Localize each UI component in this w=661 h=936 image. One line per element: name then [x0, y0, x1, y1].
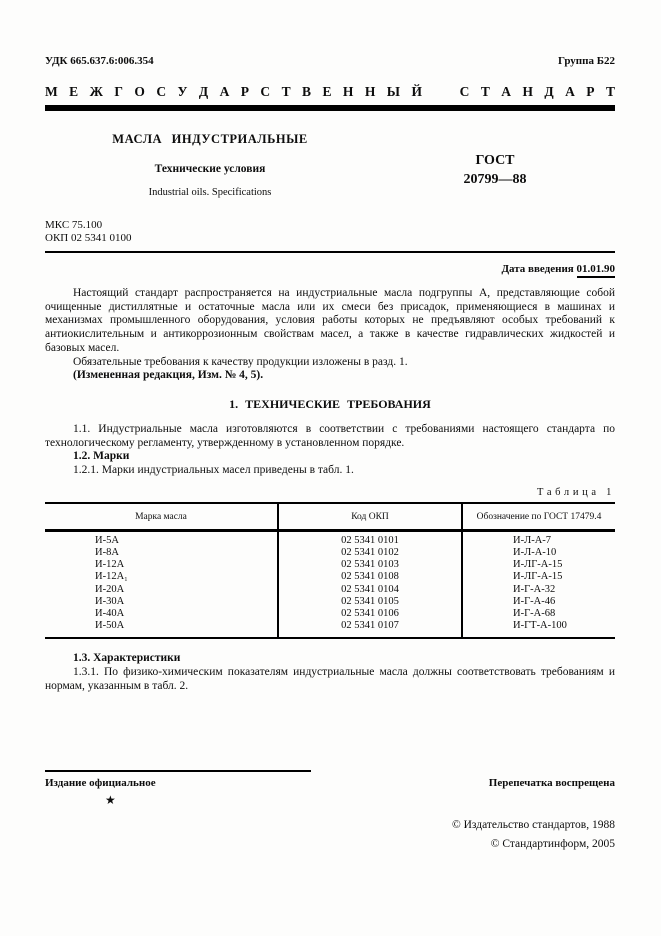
reprint-prohibited-label: Перепечатка воспрещена [489, 777, 615, 789]
table-row: И-12А 02 5341 0103 И-ЛГ-А-15 [45, 559, 615, 571]
cell-grade: И-12А₁ [45, 571, 278, 583]
cell-designation: И-Г-А-46 [462, 596, 615, 608]
intro-paragraph-1: Настоящий стандарт распространяется на и… [45, 287, 615, 356]
gost-designation: ГОСТ 20799—88 [375, 151, 615, 198]
cell-grade: И-50А [45, 620, 278, 638]
cell-grade: И-12А [45, 559, 278, 571]
cell-designation: И-ЛГ-А-15 [462, 571, 615, 583]
cell-grade: И-40А [45, 608, 278, 620]
column-header-designation: Обозначение по ГОСТ 17479.4 [462, 503, 615, 531]
clause-1-2: 1.2. Марки [45, 450, 615, 464]
cell-okp: 02 5341 0104 [278, 584, 462, 596]
section-1-heading: 1. ТЕХНИЧЕСКИЕ ТРЕБОВАНИЯ [45, 397, 615, 412]
cell-designation: И-Г-А-32 [462, 584, 615, 596]
intro-paragraph-2: Обязательные требования к качеству проду… [45, 356, 615, 370]
document-subtitle: Технические условия [45, 163, 375, 175]
amendment-note: (Измененная редакция, Изм. № 4, 5). [45, 369, 615, 383]
cell-grade: И-8А [45, 547, 278, 559]
horizontal-rule [45, 251, 615, 253]
oil-grades-table: Марка масла Код ОКП Обозначение по ГОСТ … [45, 502, 615, 640]
codes-block: МКС 75.100 ОКП 02 5341 0100 [45, 219, 615, 245]
copyright-line-2005: © Стандартинформ, 2005 [45, 835, 615, 854]
classification-row: УДК 665.637.6:006.354 Группа Б22 [45, 55, 615, 67]
mks-code: МКС 75.100 [45, 219, 615, 232]
cell-okp: 02 5341 0108 [278, 571, 462, 583]
table-row: И-40А 02 5341 0106 И-Г-А-68 [45, 608, 615, 620]
clause-1-3-1: 1.3.1. По физико-химическим показателям … [45, 666, 615, 693]
clause-1-1: 1.1. Индустриальные масла изготовляются … [45, 423, 615, 450]
cell-designation: И-Л-А-10 [462, 547, 615, 559]
table-body: И-5А 02 5341 0101 И-Л-А-7 И-8А 02 5341 0… [45, 530, 615, 638]
column-header-grade: Марка масла [45, 503, 278, 531]
standard-type-heading: МЕЖГОСУДАРСТВЕННЫЙ СТАНДАРТ [45, 84, 615, 100]
effective-date-row: Дата введения 01.01.90 [45, 263, 615, 275]
footer-rule [45, 770, 311, 772]
cell-okp: 02 5341 0102 [278, 547, 462, 559]
table-row: И-20А 02 5341 0104 И-Г-А-32 [45, 584, 615, 596]
table-row: И-50А 02 5341 0107 И-ГТ-А-100 [45, 620, 615, 638]
cell-designation: И-Л-А-7 [462, 530, 615, 547]
cell-grade: И-30А [45, 596, 278, 608]
cell-okp: 02 5341 0101 [278, 530, 462, 547]
footer-notices: Издание официальное Перепечатка воспреще… [45, 777, 615, 789]
udk-code: УДК 665.637.6:006.354 [45, 55, 154, 67]
clause-1-3: 1.3. Характеристики [45, 652, 615, 666]
table-row: И-12А₁ 02 5341 0108 И-ЛГ-А-15 [45, 571, 615, 583]
cell-okp: 02 5341 0107 [278, 620, 462, 638]
cell-okp: 02 5341 0105 [278, 596, 462, 608]
column-header-okp-code: Код ОКП [278, 503, 462, 531]
page-footer: Издание официальное Перепечатка воспреще… [45, 770, 615, 853]
gost-number: 20799—88 [375, 170, 615, 189]
section-1-3: 1.3. Характеристики 1.3.1. По физико-хим… [45, 652, 615, 693]
okp-code: ОКП 02 5341 0100 [45, 232, 615, 245]
thick-divider [45, 105, 615, 111]
document-subtitle-english: Industrial oils. Specifications [45, 187, 375, 198]
group-code: Группа Б22 [558, 55, 615, 67]
effective-date-label: Дата введения [501, 263, 573, 275]
cell-designation: И-ЛГ-А-15 [462, 559, 615, 571]
cell-grade: И-5А [45, 530, 278, 547]
table-header: Марка масла Код ОКП Обозначение по ГОСТ … [45, 503, 615, 531]
copyright-block: © Издательство стандартов, 1988 © Станда… [45, 816, 615, 853]
title-left-column: МАСЛА ИНДУСТРИАЛЬНЫЕ Технические условия… [45, 132, 375, 198]
section-1-body: 1.1. Индустриальные масла изготовляются … [45, 423, 615, 478]
clause-1-2-1: 1.2.1. Марки индустриальных масел привед… [45, 464, 615, 478]
title-block: МАСЛА ИНДУСТРИАЛЬНЫЕ Технические условия… [45, 132, 615, 198]
table-row: И-30А 02 5341 0105 И-Г-А-46 [45, 596, 615, 608]
table-row: И-5А 02 5341 0101 И-Л-А-7 [45, 530, 615, 547]
table-row: И-8А 02 5341 0102 И-Л-А-10 [45, 547, 615, 559]
cell-okp: 02 5341 0103 [278, 559, 462, 571]
intro-section: Настоящий стандарт распространяется на и… [45, 287, 615, 383]
table-1-caption: Таблица 1 [45, 487, 615, 498]
cell-designation: И-ГТ-А-100 [462, 620, 615, 638]
effective-date-value: 01.01.90 [577, 263, 616, 278]
copyright-line-1988: © Издательство стандартов, 1988 [45, 816, 615, 835]
star-icon: ★ [105, 793, 615, 808]
cell-designation: И-Г-А-68 [462, 608, 615, 620]
cell-grade: И-20А [45, 584, 278, 596]
document-title: МАСЛА ИНДУСТРИАЛЬНЫЕ [45, 132, 375, 147]
cell-okp: 02 5341 0106 [278, 608, 462, 620]
gost-label: ГОСТ [375, 151, 615, 170]
official-edition-label: Издание официальное [45, 777, 156, 789]
